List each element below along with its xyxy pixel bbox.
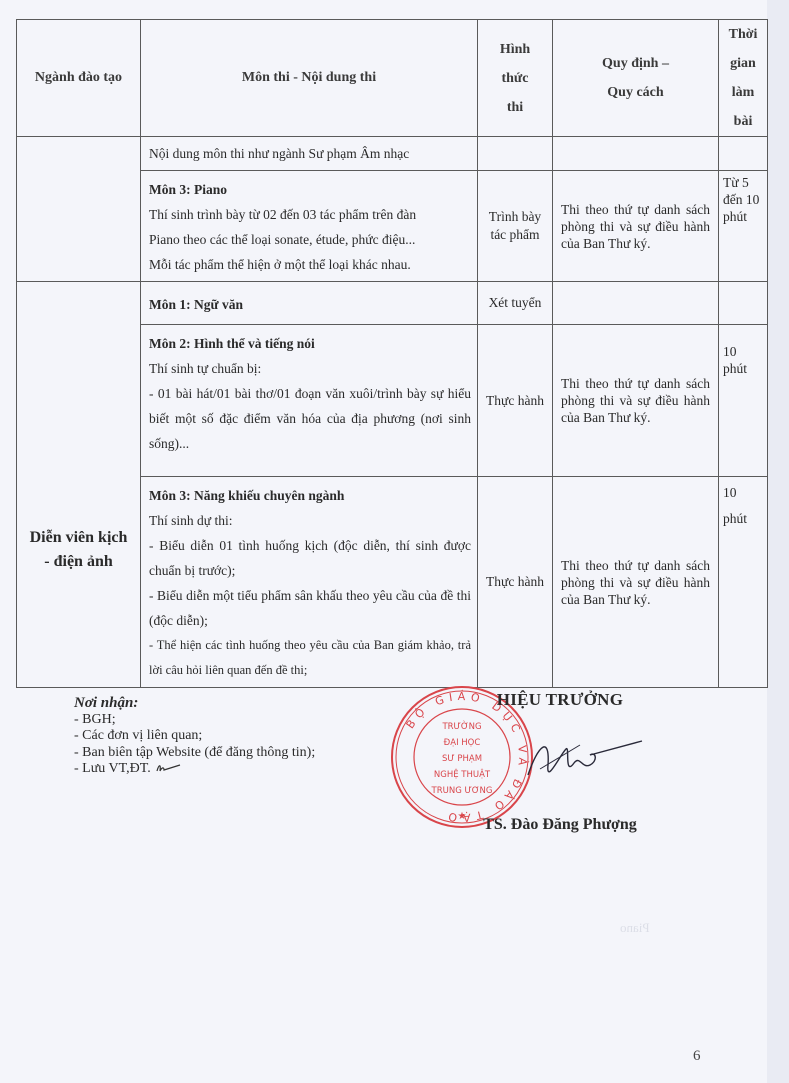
duration-cell [719, 282, 768, 325]
continuation-note: Nội dung môn thi như ngành Sư phạm Âm nh… [141, 137, 478, 171]
svg-text:TRUNG ƯƠNG: TRUNG ƯƠNG [431, 786, 493, 796]
major-name: Diễn viên kịch- điện ảnh [17, 282, 141, 688]
subject-line: - Biểu diễn 01 tình huống kịch (độc diễn… [149, 533, 471, 583]
subject-title: Môn 3: Năng khiếu chuyên ngành [149, 483, 471, 508]
subject-line: Thí sinh trình bày từ 02 đến 03 tác phẩm… [149, 202, 471, 227]
subject-body-voice: Môn 2: Hình thể và tiếng nói Thí sinh tự… [141, 325, 478, 477]
svg-text:SƯ PHẠM: SƯ PHẠM [442, 754, 482, 764]
signer-role: HIỆU TRƯỞNG [460, 690, 660, 710]
subject-piano: Môn 3: Piano Thí sinh trình bày từ 02 đế… [141, 171, 478, 282]
header-row: Ngành đào tạo Môn thi - Nội dung thi Hìn… [17, 20, 768, 137]
rules-cell: Thi theo thứ tự danh sách phòng thi và s… [553, 171, 719, 282]
header-duration: Thờigianlàmbài [719, 20, 768, 137]
format-cell: Xét tuyển [478, 282, 553, 325]
continuation-major-cell [17, 137, 141, 282]
subject-intro: Thí sinh tự chuẩn bị: [149, 356, 471, 381]
svg-text:ĐẠI HỌC: ĐẠI HỌC [444, 738, 481, 748]
subject-title: Môn 1: Ngữ văn [149, 292, 471, 317]
signer-name: TS. Đào Đăng Phượng [460, 816, 660, 834]
subject-title: Môn 3: Piano [149, 177, 471, 202]
svg-text:TRƯỜNG: TRƯỜNG [441, 720, 481, 732]
format-cell: Trình bày tác phẩm [478, 171, 553, 282]
header-subject: Môn thi - Nội dung thi [141, 20, 478, 137]
rules-cell: Thi theo thứ tự danh sách phòng thi và s… [553, 477, 719, 688]
recipients: Nơi nhận: - BGH; - Các đơn vị liên quan;… [74, 695, 315, 778]
subject-line: - Thể hiện các tình huống theo yêu cầu c… [149, 633, 471, 683]
empty-cell [478, 137, 553, 171]
subject-line: - Biểu diễn một tiểu phẩm sân khấu theo … [149, 583, 471, 633]
rules-cell [553, 282, 719, 325]
subject-line: Piano theo các thể loại sonate, étude, p… [149, 227, 471, 252]
duration-cell: Từ 5 đến 10 phút [719, 171, 768, 282]
initials-icon [154, 761, 184, 777]
header-major: Ngành đào tạo [17, 20, 141, 137]
format-cell: Thực hành [478, 477, 553, 688]
recipient-item: - Ban biên tập Website (để đăng thông ti… [74, 745, 315, 762]
recipient-item: - Lưu VT,ĐT. [74, 761, 315, 778]
recipient-item: - Các đơn vị liên quan; [74, 728, 315, 745]
recipient-item: - BGH; [74, 712, 315, 729]
continuation-note-row: Nội dung môn thi như ngành Sư phạm Âm nh… [17, 137, 768, 171]
subject-title: Môn 2: Hình thể và tiếng nói [149, 331, 471, 356]
subject-line: Mỗi tác phẩm thể hiện ở một thể loại khá… [149, 252, 471, 277]
empty-cell [553, 137, 719, 171]
header-format: Hìnhthứcthi [478, 20, 553, 137]
subject-line: - 01 bài hát/01 bài thơ/01 đoạn văn xuôi… [149, 381, 471, 456]
exam-table: Ngành đào tạo Môn thi - Nội dung thi Hìn… [16, 19, 768, 688]
recipients-label: Nơi nhận: [74, 695, 315, 712]
subject-intro: Thí sinh dự thi: [149, 508, 471, 533]
format-cell: Thực hành [478, 325, 553, 477]
svg-text:NGHỆ THUẬT: NGHỆ THUẬT [434, 768, 491, 780]
header-rules: Quy định –Quy cách [553, 20, 719, 137]
subject-row: Diễn viên kịch- điện ảnh Môn 1: Ngữ văn … [17, 282, 768, 325]
page-edge [767, 0, 789, 1083]
handwritten-signature-icon [520, 725, 650, 795]
subject-aptitude: Môn 3: Năng khiếu chuyên ngành Thí sinh … [141, 477, 478, 688]
rules-cell: Thi theo thứ tự danh sách phòng thi và s… [553, 325, 719, 477]
subject-literature: Môn 1: Ngữ văn [141, 282, 478, 325]
duration-cell: 10 phút [719, 477, 768, 688]
page-number: 6 [693, 1048, 701, 1065]
signature-block: HIỆU TRƯỞNG TS. Đào Đăng Phượng [460, 690, 660, 710]
duration-cell: 10 phút [719, 325, 768, 477]
empty-cell [719, 137, 768, 171]
bleed-through: Piano [620, 920, 650, 936]
